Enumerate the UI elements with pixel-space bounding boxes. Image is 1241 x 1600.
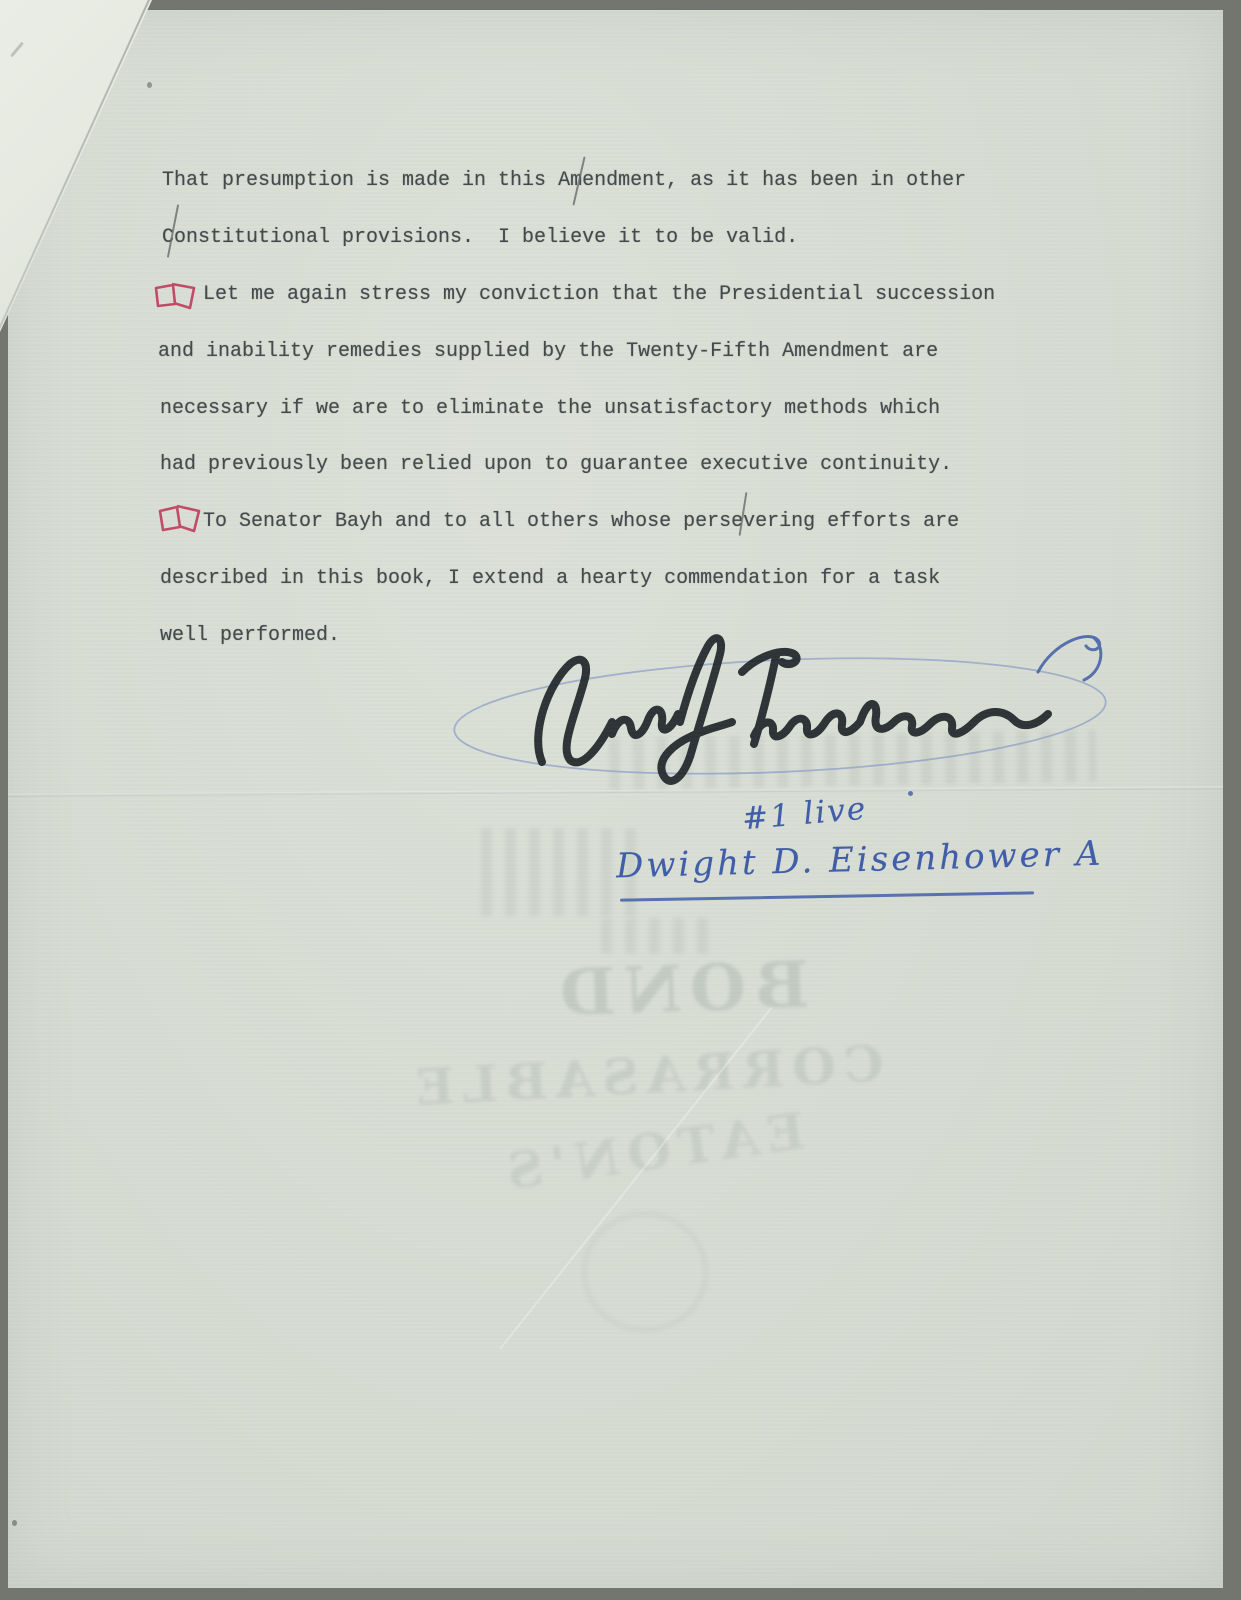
scanned-letter: BOND CORRASABLE EATON'S That presumption… bbox=[0, 0, 1241, 1600]
typed-line: Let me again stress my conviction that t… bbox=[203, 282, 995, 308]
ink-showthrough-smudge bbox=[588, 918, 716, 954]
typed-line: Constitutional provisions. I believe it … bbox=[162, 225, 798, 251]
typed-line: That presumption is made in this Amendme… bbox=[162, 168, 966, 194]
typed-line: had previously been relied upon to guara… bbox=[160, 452, 952, 478]
ink-dot bbox=[908, 791, 913, 796]
paragraph-proof-mark-icon bbox=[156, 500, 206, 536]
signature-scrawl bbox=[490, 630, 1090, 805]
typed-line: and inability remedies supplied by the T… bbox=[158, 339, 938, 365]
paragraph-proof-mark-icon bbox=[152, 278, 202, 314]
paper-speck bbox=[147, 82, 152, 88]
typed-line: described in this book, I extend a heart… bbox=[160, 566, 940, 592]
pen-flourish bbox=[1030, 626, 1125, 692]
paper-speck bbox=[12, 1520, 17, 1526]
watermark-emblem bbox=[582, 1212, 708, 1332]
watermark-bond: BOND bbox=[551, 948, 810, 1032]
typed-line: well performed. bbox=[160, 623, 340, 649]
typed-line: necessary if we are to eliminate the uns… bbox=[160, 396, 940, 422]
typed-line: To Senator Bayh and to all others whose … bbox=[203, 509, 959, 535]
